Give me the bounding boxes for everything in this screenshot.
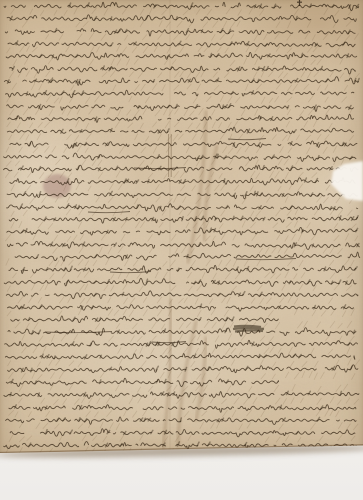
strikethrough-blot <box>233 326 264 332</box>
letter-scan <box>0 0 363 500</box>
handwriting-canvas <box>0 0 363 455</box>
letter-sheet <box>0 0 363 455</box>
